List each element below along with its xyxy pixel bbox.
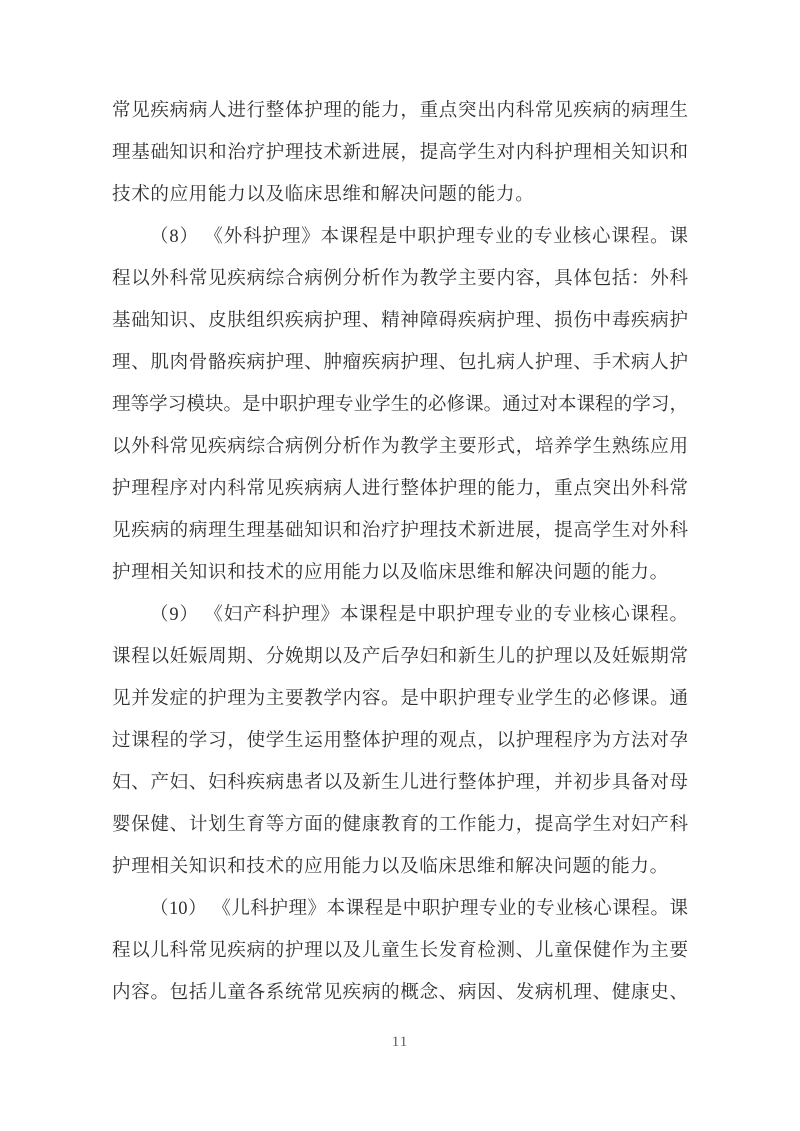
paragraph: （8） 《外科护理》本课程是中职护理专业的专业核心课程。课 程以外科常见疾病综合…: [112, 216, 688, 594]
text-line: （8） 《外科护理》本课程是中职护理专业的专业核心课程。课: [112, 216, 688, 258]
text-line: 见并发症的护理为主要教学内容。是中职护理专业学生的必修课。通: [112, 678, 688, 720]
text-line: 以外科常见疾病综合病例分析作为教学主要形式，培养学生熟练应用: [112, 426, 688, 468]
text-line: 护理相关知识和技术的应用能力以及临床思维和解决问题的能力。: [112, 846, 688, 888]
text-line: 理、肌肉骨骼疾病护理、肿瘤疾病护理、包扎病人护理、手术病人护: [112, 342, 688, 384]
document-body-text: 常见疾病病人进行整体护理的能力，重点突出内科常见疾病的病理生 理基础知识和治疗护…: [112, 90, 688, 1014]
page-number: 11: [0, 1031, 800, 1053]
text-line: 技术的应用能力以及临床思维和解决问题的能力。: [112, 174, 688, 216]
text-line: 见疾病的病理生理基础知识和治疗护理技术新进展，提高学生对外科: [112, 510, 688, 552]
text-line: 护理相关知识和技术的应用能力以及临床思维和解决问题的能力。: [112, 552, 688, 594]
text-line: 程以外科常见疾病综合病例分析作为教学主要内容，具体包括：外科: [112, 258, 688, 300]
text-line: 内容。包括儿童各系统常见疾病的概念、病因、发病机理、健康史、: [112, 972, 688, 1014]
text-line: 课程以妊娠周期、分娩期以及产后孕妇和新生儿的护理以及妊娠期常: [112, 636, 688, 678]
text-line: 婴保健、计划生育等方面的健康教育的工作能力，提高学生对妇产科: [112, 804, 688, 846]
paragraph: （9） 《妇产科护理》本课程是中职护理专业的专业核心课程。 课程以妊娠周期、分娩…: [112, 594, 688, 888]
text-line: 过课程的学习，使学生运用整体护理的观点，以护理程序为方法对孕: [112, 720, 688, 762]
text-line: 常见疾病病人进行整体护理的能力，重点突出内科常见疾病的病理生: [112, 90, 688, 132]
text-line: 理基础知识和治疗护理技术新进展，提高学生对内科护理相关知识和: [112, 132, 688, 174]
text-line: 护理程序对内科常见疾病病人进行整体护理的能力，重点突出外科常: [112, 468, 688, 510]
paragraph: （10） 《儿科护理》本课程是中职护理专业的专业核心课程。课 程以儿科常见疾病的…: [112, 888, 688, 1014]
paragraph: 常见疾病病人进行整体护理的能力，重点突出内科常见疾病的病理生 理基础知识和治疗护…: [112, 90, 688, 216]
text-line: 妇、产妇、妇科疾病患者以及新生儿进行整体护理，并初步具备对母: [112, 762, 688, 804]
text-line: （10） 《儿科护理》本课程是中职护理专业的专业核心课程。课: [112, 888, 688, 930]
document-page: 常见疾病病人进行整体护理的能力，重点突出内科常见疾病的病理生 理基础知识和治疗护…: [0, 0, 800, 1131]
text-line: 程以儿科常见疾病的护理以及儿童生长发育检测、儿童保健作为主要: [112, 930, 688, 972]
text-line: （9） 《妇产科护理》本课程是中职护理专业的专业核心课程。: [112, 594, 688, 636]
text-line: 理等学习模块。是中职护理专业学生的必修课。通过对本课程的学习，: [112, 384, 688, 426]
text-line: 基础知识、皮肤组织疾病护理、精神障碍疾病护理、损伤中毒疾病护: [112, 300, 688, 342]
